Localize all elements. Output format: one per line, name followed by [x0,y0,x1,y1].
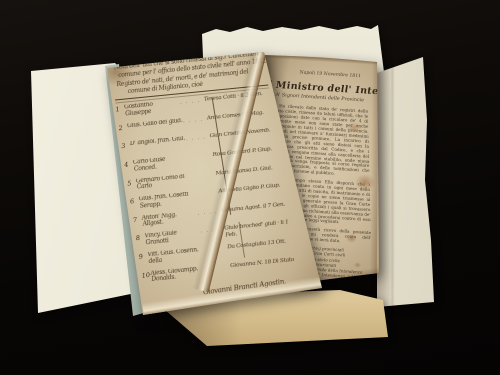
photo-stage: Napoli 19 Novembre 1811 Il Ministro dell… [0,0,500,375]
manuscript-page: Nota dell' atti che si sono rimessi al s… [0,0,500,375]
entry-left-text: Gostantho Giuseppe [124,99,182,118]
entry-leader-dots: · · · · · · · [185,134,208,144]
entry-leader-dots: · · · · · · · [183,116,206,126]
entry-leader-dots: · · · · · · · [180,97,203,107]
manuscript-wrap: Nota dell' atti che si sono rimessi al s… [0,0,500,375]
